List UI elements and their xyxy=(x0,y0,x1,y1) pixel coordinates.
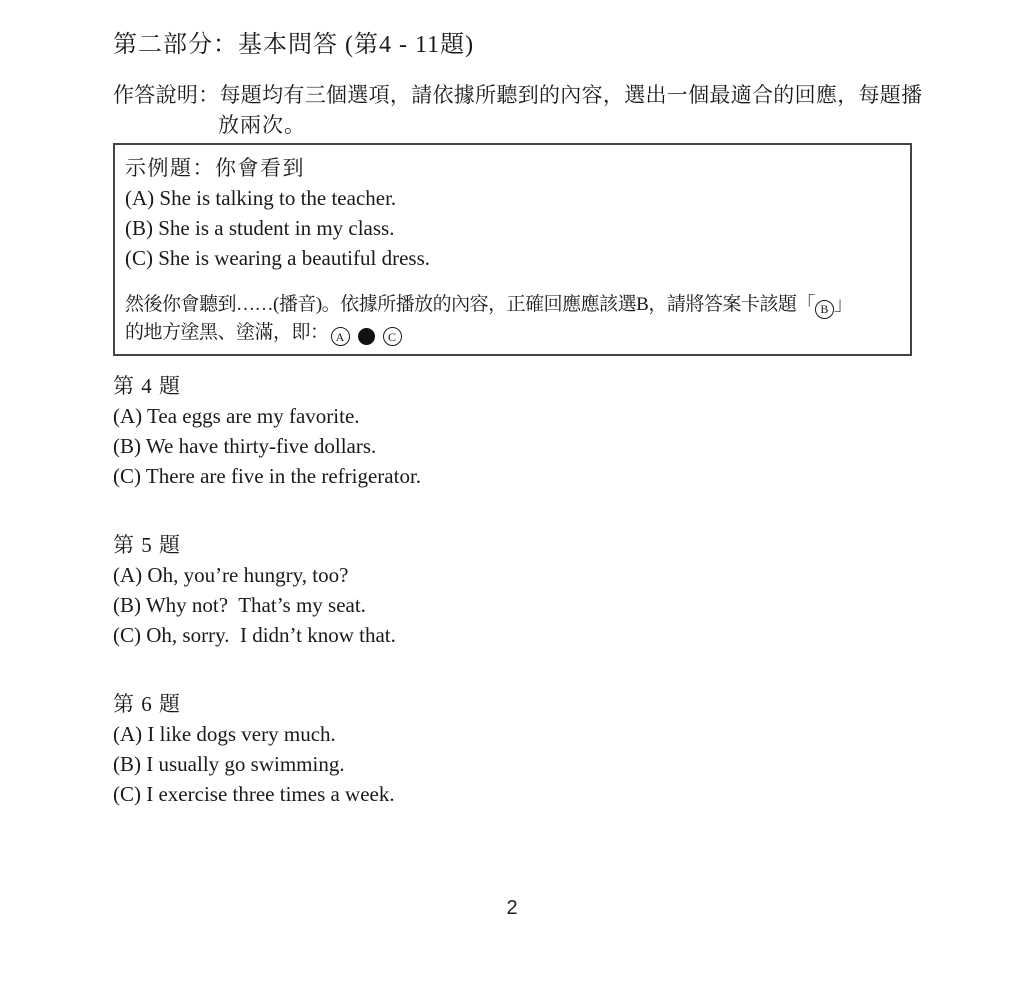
circled-c-icon: C xyxy=(383,327,402,346)
circled-a-icon: A xyxy=(331,327,350,346)
question-4-option-a: (A) Tea eggs are my favorite. xyxy=(113,401,914,431)
explanation-text-2: 的地方塗黑、塗滿，即： xyxy=(125,322,329,343)
answer-instructions: 作答說明：每題均有三個選項，請依據所聽到的內容，選出一個最適合的回應，每題播 放… xyxy=(113,80,914,140)
question-5-option-c: (C) Oh, sorry. I didn’t know that. xyxy=(113,620,914,650)
example-prompt: 示例題：你會看到 xyxy=(125,153,900,183)
question-5-label: 第 5 題 xyxy=(113,530,914,560)
question-5-option-a: (A) Oh, you’re hungry, too? xyxy=(113,560,914,590)
filled-answer-circle-icon xyxy=(358,328,375,345)
explanation-line-1: 然後你會聽到……(播音)。依據所播放的內容，正確回應應該選B，請將答案卡該題「B… xyxy=(125,291,900,319)
question-6-option-b: (B) I usually go swimming. xyxy=(113,749,914,779)
question-6: 第 6 題 (A) I like dogs very much. (B) I u… xyxy=(113,689,914,809)
example-explanation: 然後你會聽到……(播音)。依據所播放的內容，正確回應應該選B，請將答案卡該題「B… xyxy=(125,291,900,346)
question-6-option-c: (C) I exercise three times a week. xyxy=(113,779,914,809)
instruction-line-1: 作答說明：每題均有三個選項，請依據所聽到的內容，選出一個最適合的回應，每題播 xyxy=(113,80,914,110)
example-option-a: (A) She is talking to the teacher. xyxy=(125,183,900,213)
question-4-option-c: (C) There are five in the refrigerator. xyxy=(113,461,914,491)
question-4: 第 4 題 (A) Tea eggs are my favorite. (B) … xyxy=(113,371,914,491)
page-number: 2 xyxy=(0,897,1024,920)
question-6-label: 第 6 題 xyxy=(113,689,914,719)
example-option-c: (C) She is wearing a beautiful dress. xyxy=(125,243,900,273)
explanation-line-2: 的地方塗黑、塗滿，即：AC xyxy=(125,319,900,347)
instruction-line-2: 放兩次。 xyxy=(218,110,914,140)
page-title: 第二部分：基本問答 (第4 - 11題) xyxy=(113,30,914,60)
question-5-option-b: (B) Why not? That’s my seat. xyxy=(113,590,914,620)
explanation-text-1: 然後你會聽到……(播音)。依據所播放的內容，正確回應應該選B，請將答案卡該題 xyxy=(125,294,796,315)
question-6-option-a: (A) I like dogs very much. xyxy=(113,719,914,749)
question-5: 第 5 題 (A) Oh, you’re hungry, too? (B) Wh… xyxy=(113,530,914,650)
open-corner-bracket: 「 xyxy=(796,294,815,315)
example-option-b: (B) She is a student in my class. xyxy=(125,213,900,243)
question-4-label: 第 4 題 xyxy=(113,371,914,401)
question-4-option-b: (B) We have thirty-five dollars. xyxy=(113,431,914,461)
close-corner-bracket: 」 xyxy=(834,294,853,315)
answer-marks: AC xyxy=(331,327,402,346)
circled-b-icon: B xyxy=(815,300,834,319)
document-page: 第二部分：基本問答 (第4 - 11題) 作答說明：每題均有三個選項，請依據所聽… xyxy=(0,0,1024,809)
example-box: 示例題：你會看到 (A) She is talking to the teach… xyxy=(113,143,912,356)
